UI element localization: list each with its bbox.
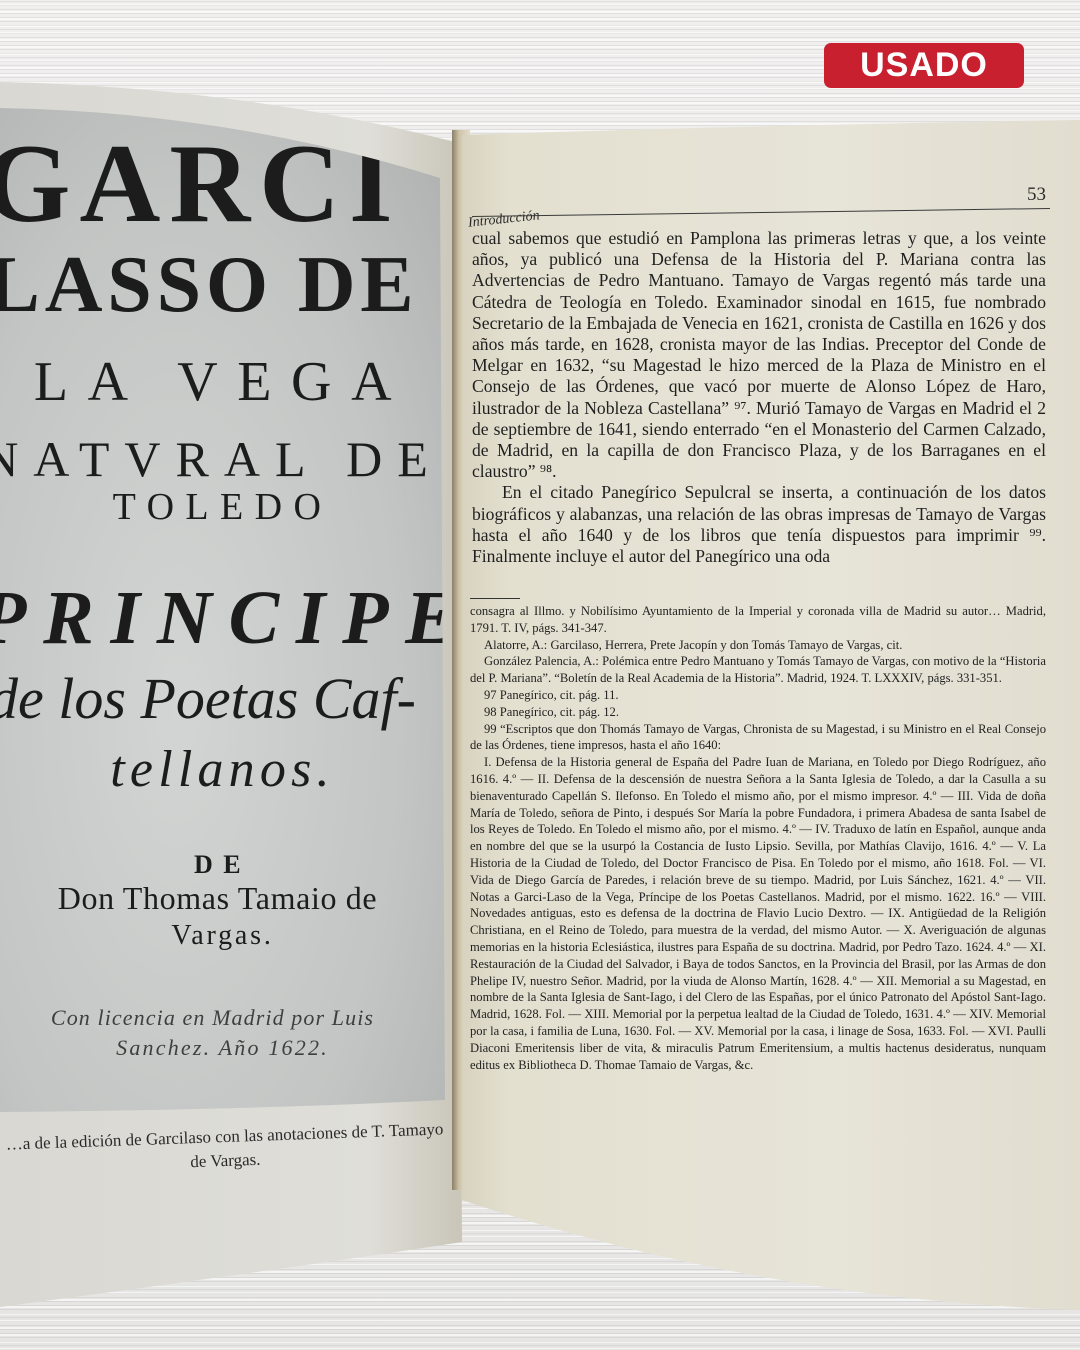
footnote-rule (470, 598, 520, 599)
book-photo: GARCI LASSO DE LA VEGA NATVRAL DE TOLEDO… (0, 0, 1080, 1350)
plate-line: tellanos. (0, 740, 445, 799)
badge-label: USADO (860, 46, 988, 85)
footnote: González Palencia, A.: Polémica entre Pe… (470, 653, 1046, 687)
header-rule (472, 208, 1050, 217)
plate-line: Sanchez. Año 1622. (0, 1035, 445, 1061)
plate-line: DE (0, 850, 445, 880)
plate-line: de los Poetas Caf- (0, 665, 445, 732)
title-page-facsimile: GARCI LASSO DE LA VEGA NATVRAL DE TOLEDO… (0, 100, 445, 1112)
plate-line: LA VEGA (0, 350, 445, 414)
plate-line: PRINCIPE (0, 575, 445, 662)
plate-line: NATVRAL DE (0, 430, 445, 488)
plate-line: Don Thomas Tamaio de (0, 880, 445, 917)
footnotes: consagra al Illmo. y Nobilísimo Ayuntami… (470, 603, 1046, 1073)
footnote: 97 Panegírico, cit. pág. 11. (470, 687, 1046, 704)
used-condition-badge: USADO (824, 43, 1024, 88)
footnote: Alatorre, A.: Garcilaso, Herrera, Prete … (470, 637, 1046, 654)
page-number: 53 (1027, 184, 1046, 206)
plate-line: TOLEDO (0, 485, 445, 529)
paragraph: cual sabemos que estudió en Pamplona las… (472, 228, 1046, 482)
footnote: consagra al Illmo. y Nobilísimo Ayuntami… (470, 603, 1046, 637)
right-page: 53 Introducción cual sabemos que estudió… (462, 120, 1080, 1350)
footnote: I. Defensa de la Historia general de Esp… (470, 754, 1046, 1073)
plate-line: LASSO DE (0, 240, 445, 331)
body-text: cual sabemos que estudió en Pamplona las… (472, 228, 1046, 567)
footnote: 99 “Escriptos que don Thomás Tamayo de V… (470, 721, 1046, 755)
plate-line: Con licencia en Madrid por Luis (0, 1005, 445, 1031)
plate-line: Vargas. (0, 920, 445, 952)
paragraph: En el citado Panegírico Sepulcral se ins… (472, 482, 1046, 567)
footnote: 98 Panegírico, cit. pág. 12. (470, 704, 1046, 721)
